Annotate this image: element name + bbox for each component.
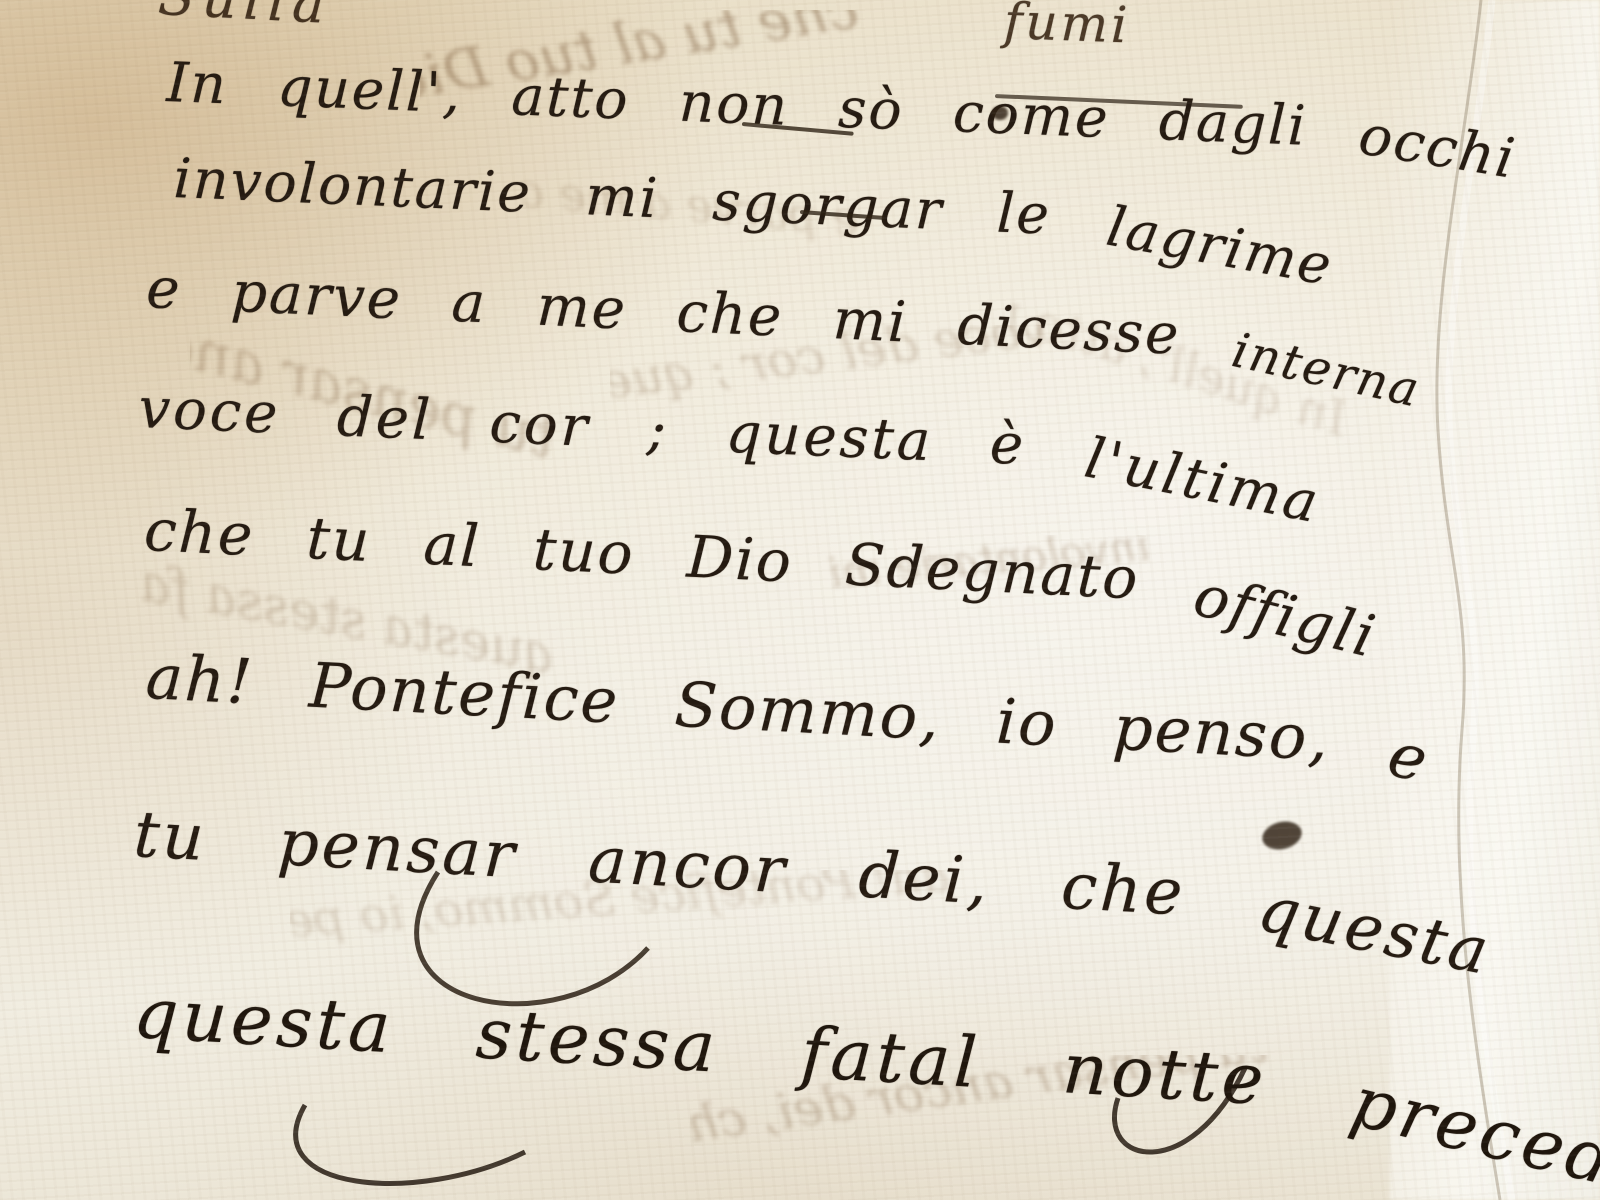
manuscript-line-fumi: fumi [1003,0,1131,54]
manuscript-photo: che tu al tuo Dio Sdegnato e parve a me … [0,0,1600,1200]
ink-blot [992,106,1008,120]
pen-swash [296,1105,525,1183]
